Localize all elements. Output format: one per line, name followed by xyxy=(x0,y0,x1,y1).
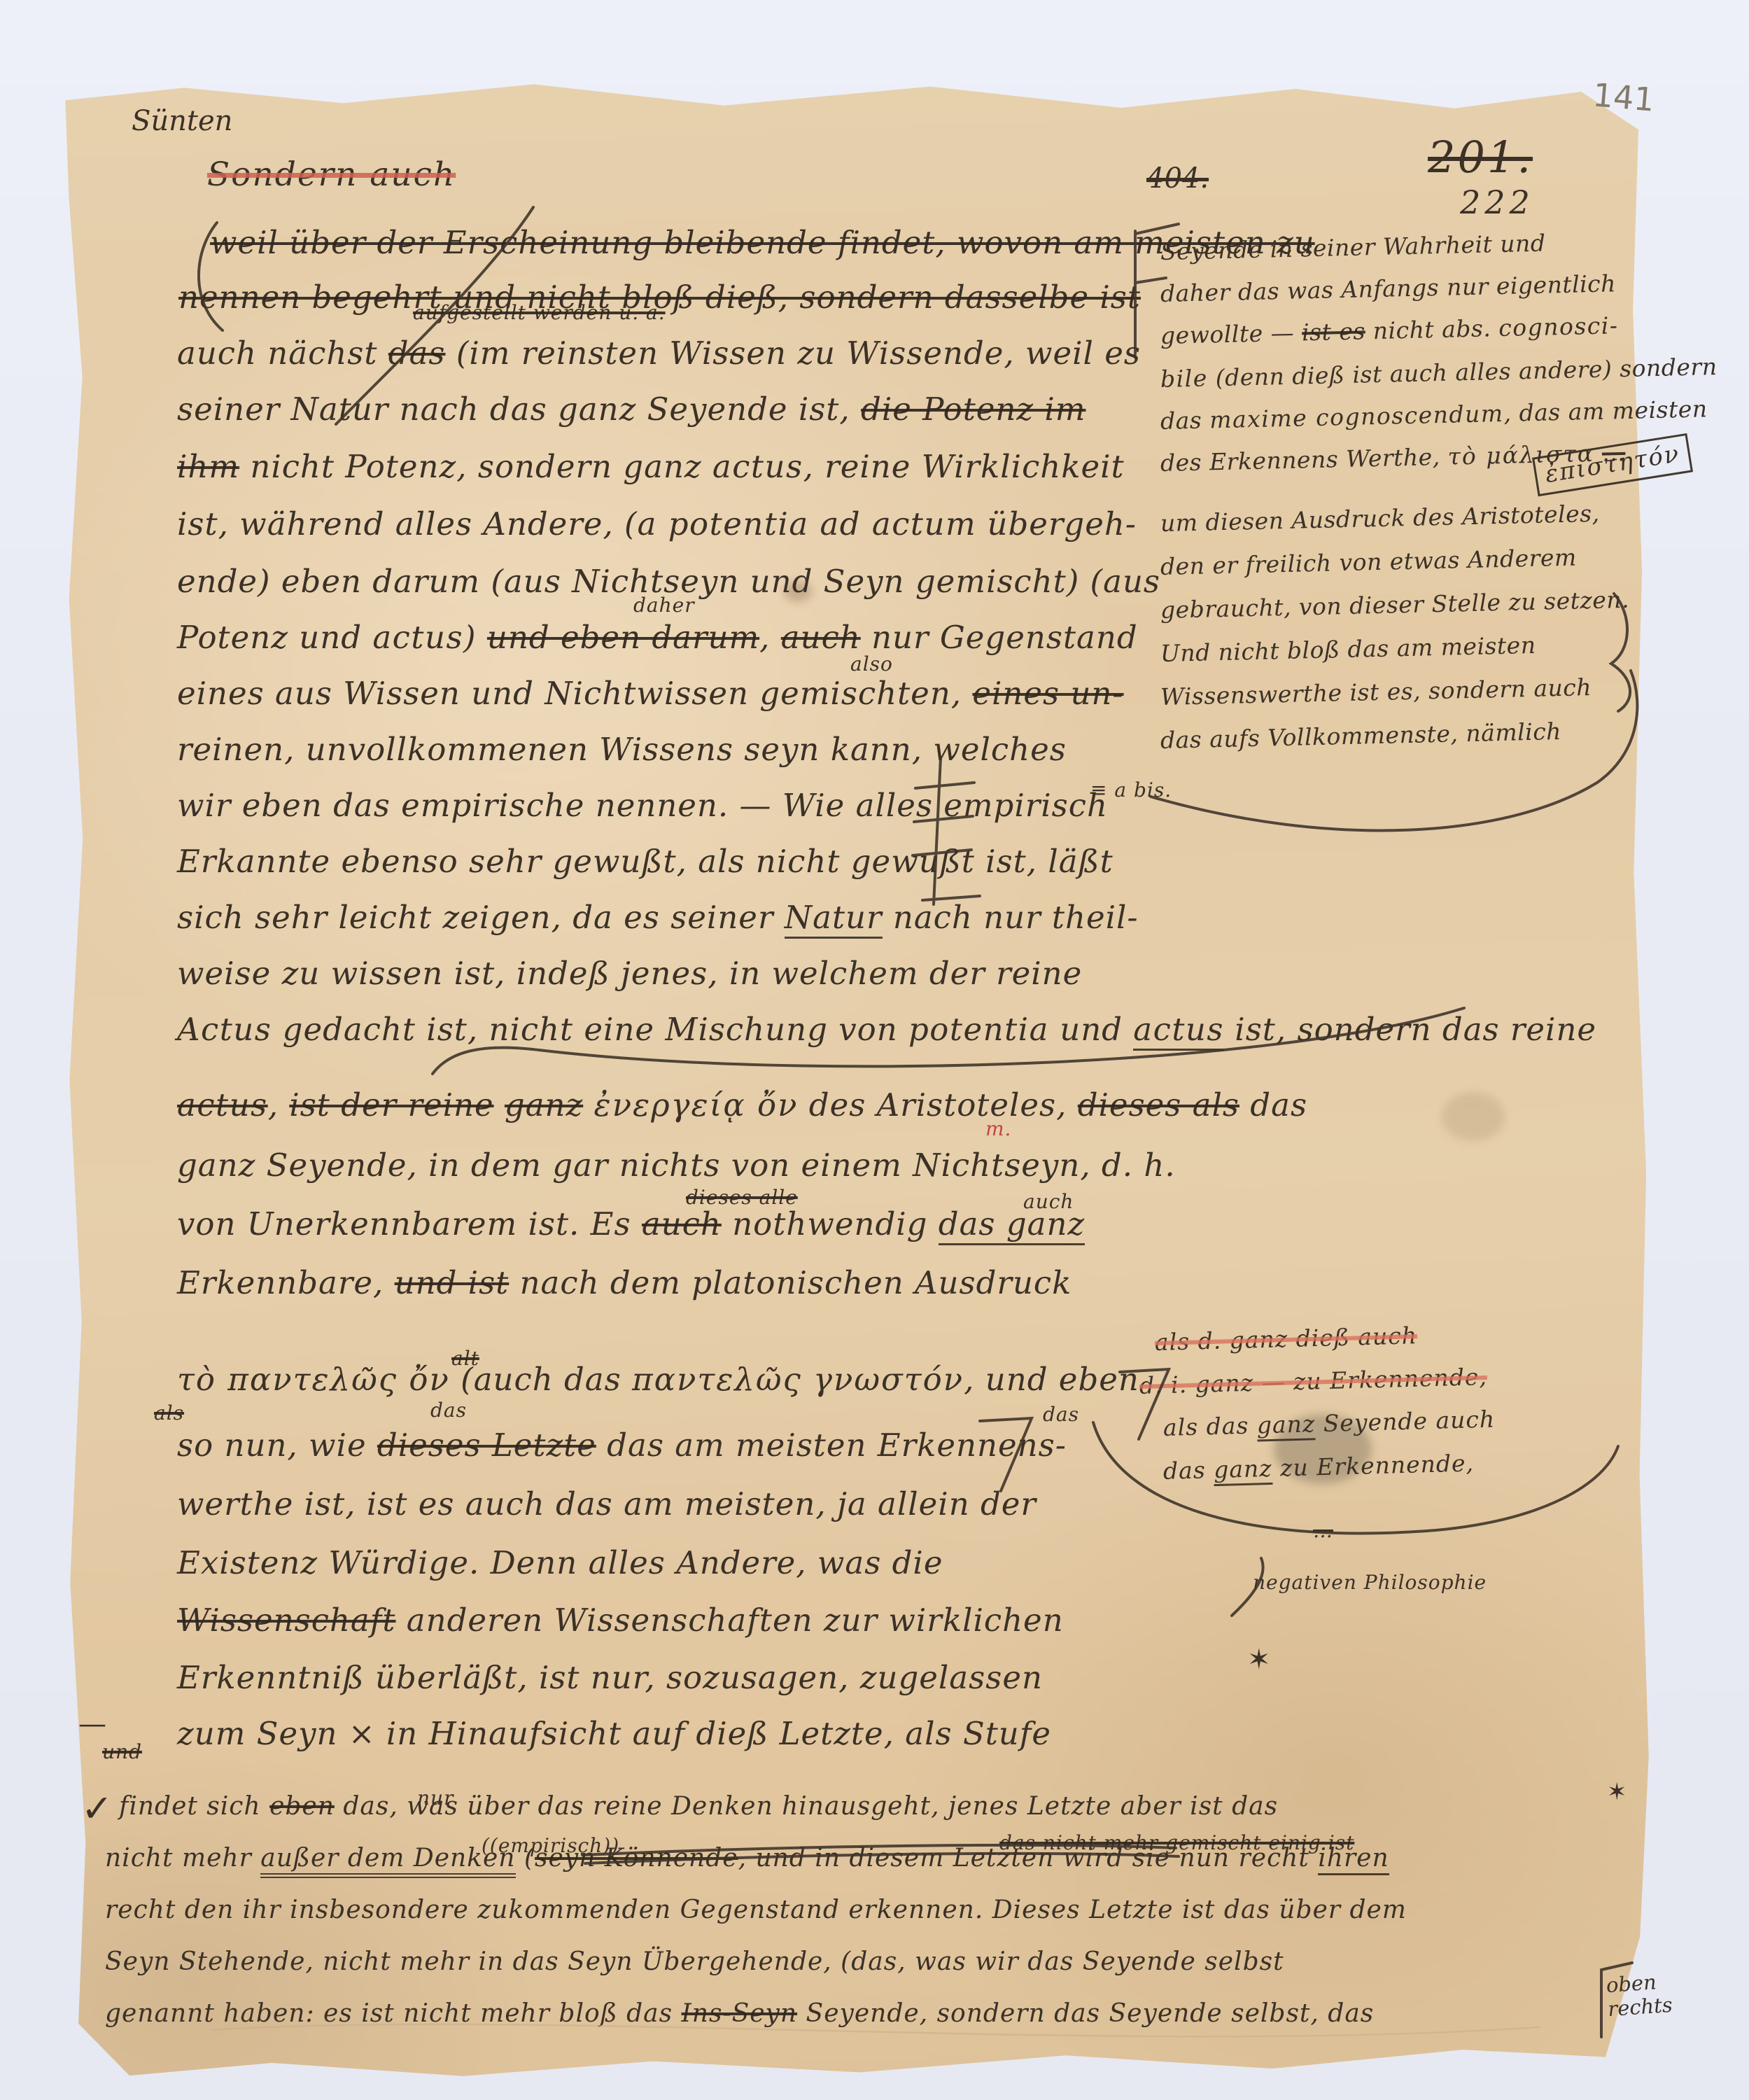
scanned-manuscript-page: { "page": { "description": "Handwritten … xyxy=(0,0,1749,2100)
section-heading-struck-red: Sondern auch xyxy=(207,155,456,194)
manuscript-line: Potenz und actus) und eben darum, auch n… xyxy=(177,619,1138,656)
manuscript-line: von Unerkennbarem ist. Es auch nothwendi… xyxy=(177,1205,1085,1242)
manuscript-line: Erkannte ebenso sehr gewußt, als nicht g… xyxy=(177,843,1114,880)
manuscript-line: Actus gedacht ist, nicht eine Mischung v… xyxy=(177,1011,1596,1048)
manuscript-line: wir eben das empirische nennen. — Wie al… xyxy=(177,787,1108,824)
insertion-das-b: das xyxy=(1043,1403,1079,1426)
manuscript-line: zum Seyn × in Hinaufsicht auf dieß Letzt… xyxy=(177,1715,1051,1752)
manuscript-line: auch nächst das (im reinsten Wissen zu W… xyxy=(177,335,1141,372)
margin-und-struck: und xyxy=(102,1740,142,1763)
margin-als-struck: als xyxy=(154,1401,184,1424)
insertion-daher: daher xyxy=(633,594,695,617)
keeper-note: Sünten xyxy=(132,105,232,137)
asterisk-mark: ✶ xyxy=(1247,1644,1271,1676)
bottom-line: findet sich eben das, was über das reine… xyxy=(119,1792,1278,1821)
manuscript-line: eines aus Wissen und Nichtwissen gemisch… xyxy=(177,675,1124,712)
manuscript-line: sich sehr leicht zeigen, da es seiner Na… xyxy=(177,899,1139,936)
insertion-struck-intro: aufgestellt werden u. a. xyxy=(413,301,666,324)
insertion-empirisch: ((empirisch)) xyxy=(482,1834,619,1857)
insertion-auch: auch xyxy=(1023,1190,1074,1213)
manuscript-line: actus, ist der reine ganz ἐνεργείᾳ ὄν de… xyxy=(177,1086,1307,1123)
insertion-alt-struck: alt xyxy=(451,1347,479,1370)
collation-mark-a-bis: ≡ a bis. xyxy=(1090,778,1172,801)
manuscript-line: Erkenntniß überläßt, ist nur, sozusagen,… xyxy=(177,1659,1043,1696)
insertion-struck-23: … xyxy=(1313,1519,1333,1542)
manuscript-line: weil über der Erscheinung bleibende find… xyxy=(210,224,1315,261)
insertion-nur: nur xyxy=(417,1786,454,1809)
manuscript-line: Erkennbare, und ist nach dem platonische… xyxy=(177,1264,1072,1301)
manuscript-line: werthe ist, ist es auch das am meisten, … xyxy=(177,1485,1037,1522)
manuscript-line: ist, während alles Andere, (a potentia a… xyxy=(177,505,1137,542)
manuscript-line: ihm nicht Potenz, sondern ganz actus, re… xyxy=(177,448,1125,485)
insertion-negativen-philosophie: negativen Philosophie xyxy=(1253,1571,1487,1594)
corner-instruction-line2: rechts xyxy=(1607,1993,1673,2021)
bottom-line: Seyn Stehende, nicht mehr in das Seyn Üb… xyxy=(105,1947,1284,1976)
manuscript-line: Wissenschaft anderen Wissenschaften zur … xyxy=(177,1602,1064,1639)
corner-instruction: oben rechts xyxy=(1606,1969,1673,2021)
manuscript-line: weise zu wissen ist, indeß jenes, in wel… xyxy=(177,955,1082,992)
insertion-struck-b2: das nicht mehr gemischt einig ist xyxy=(999,1831,1354,1854)
bottom-line: recht den ihr insbesondere zukommenden G… xyxy=(105,1896,1407,1924)
insertion-dieses-alle: dieses alle xyxy=(686,1186,798,1209)
insertion-m-red: m. xyxy=(985,1117,1011,1140)
check-mark: ✓ xyxy=(81,1786,113,1830)
page-number-struck: 201. xyxy=(1428,132,1533,183)
dash-mark: — xyxy=(78,1708,106,1740)
manuscript-line: seiner Natur nach das ganz Seyende ist, … xyxy=(177,391,1086,428)
insertion-also: also xyxy=(850,652,893,675)
old-page-number-struck: 404. xyxy=(1146,162,1209,195)
manuscript-line: reinen, unvollkommenen Wissens seyn kann… xyxy=(177,731,1067,768)
manuscript-line: τὸ παντελῶς ὄν (auch das παντελῶς γνωστό… xyxy=(177,1361,1139,1398)
insertion-das-a: das xyxy=(430,1399,467,1422)
manuscript-line: ganz Seyende, in dem gar nichts von eine… xyxy=(177,1147,1176,1184)
page-number-current: 222 xyxy=(1460,183,1534,221)
asterisk-mark: ✶ xyxy=(1607,1778,1627,1806)
manuscript-line: Existenz Würdige. Denn alles Andere, was… xyxy=(177,1544,943,1581)
folio-number-pencil: 141 xyxy=(1592,76,1656,118)
manuscript-line: so nun, wie dieses Letzte das am meisten… xyxy=(177,1427,1067,1464)
bottom-line: genannt haben: es ist nicht mehr bloß da… xyxy=(105,1999,1374,2028)
